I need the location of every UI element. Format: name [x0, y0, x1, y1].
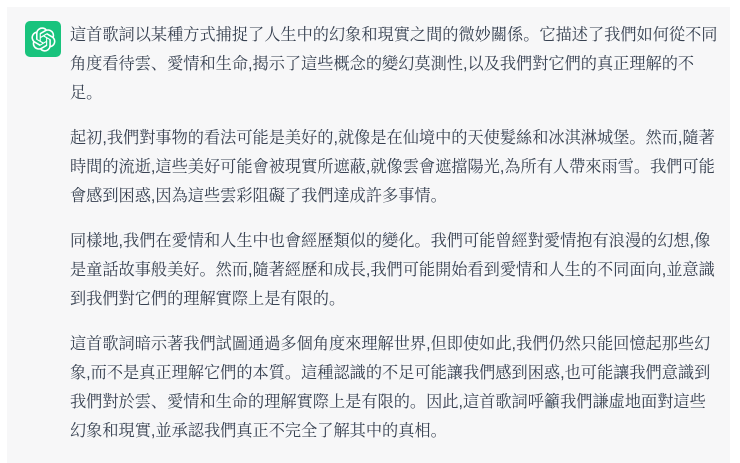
- message-paragraph-1: 這首歌詞以某種方式捕捉了人生中的幻象和現實之間的微妙關係。它描述了我們如何從不同…: [70, 21, 720, 108]
- message-paragraph-3: 同樣地,我們在愛情和人生中也會經歷類似的變化。我們可能曾經對愛情抱有浪漫的幻想,…: [70, 227, 720, 314]
- assistant-avatar: [25, 21, 61, 57]
- chat-window: 這首歌詞以某種方式捕捉了人生中的幻象和現實之間的微妙關係。它描述了我們如何從不同…: [0, 0, 740, 463]
- message-paragraph-2: 起初,我們對事物的看法可能是美好的,就像是在仙境中的天使髮絲和冰淇淋城堡。然而,…: [70, 124, 720, 211]
- openai-logo-icon: [31, 27, 56, 52]
- message-paragraph-4: 這首歌詞暗示著我們試圖通過多個角度來理解世界,但即使如此,我們仍然只能回憶起那些…: [70, 330, 720, 446]
- message-content: 這首歌詞以某種方式捕捉了人生中的幻象和現實之間的微妙關係。它描述了我們如何從不同…: [70, 21, 720, 446]
- assistant-message-row: 這首歌詞以某種方式捕捉了人生中的幻象和現實之間的微妙關係。它描述了我們如何從不同…: [7, 7, 730, 463]
